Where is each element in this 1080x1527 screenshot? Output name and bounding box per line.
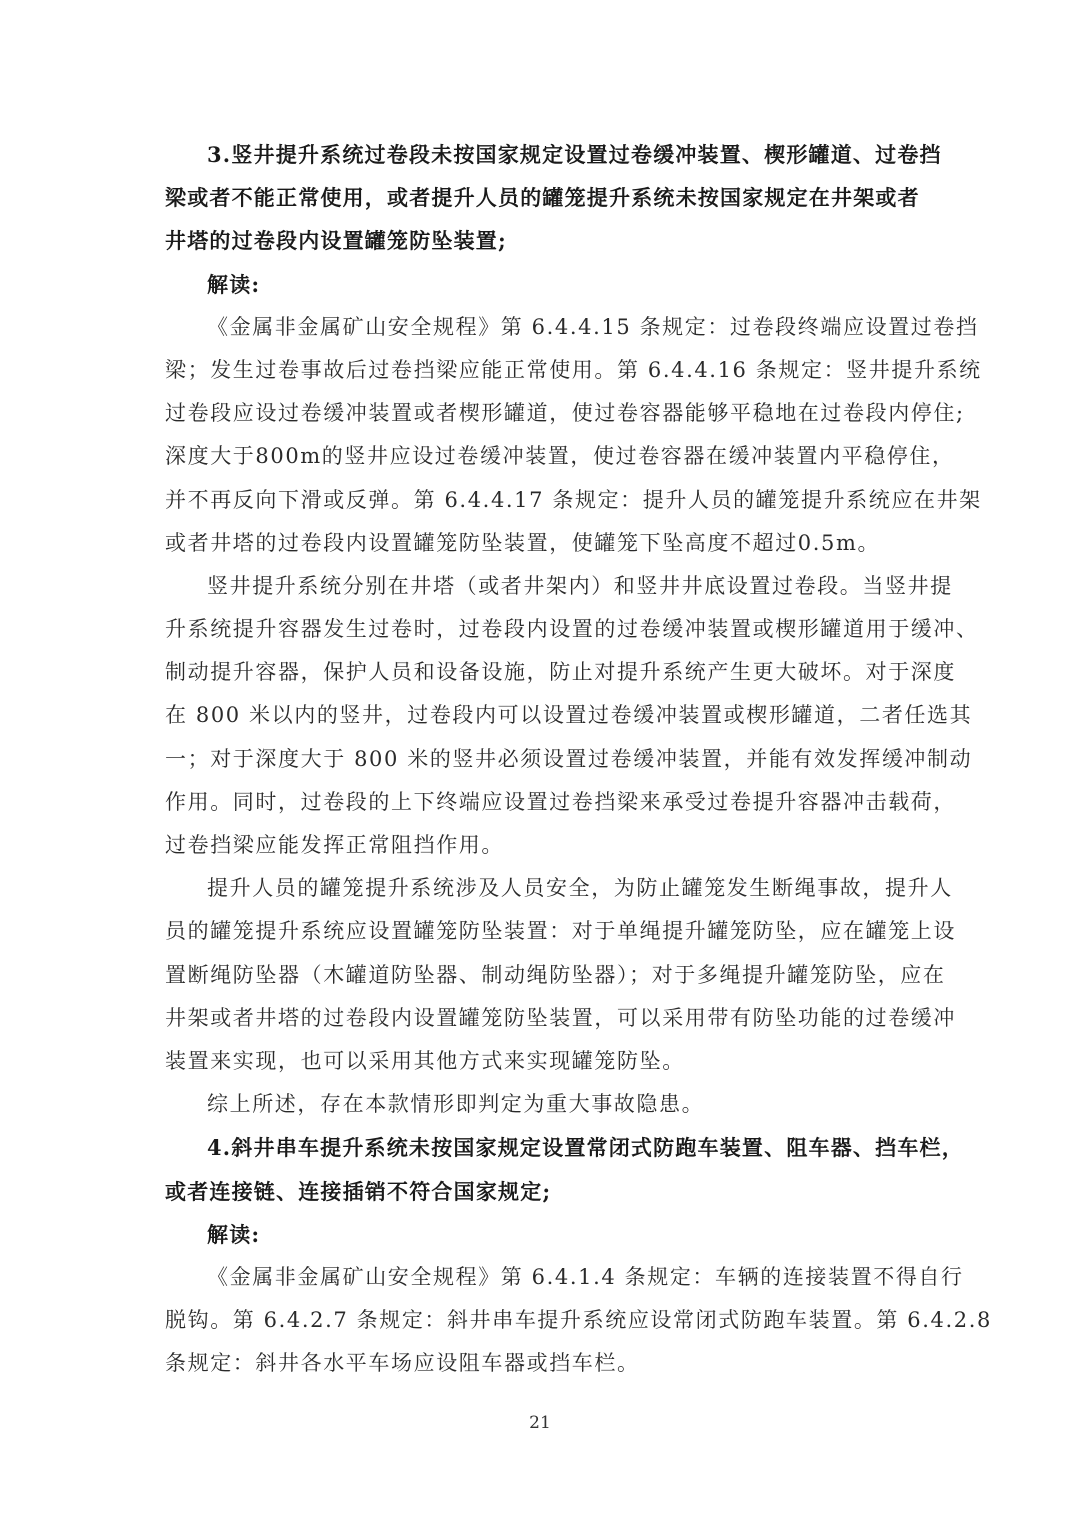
text-line: 置断绳防坠器（木罐道防坠器、制动绳防坠器）；对于多绳提升罐笼防坠，应在: [165, 954, 917, 997]
text-line: 《金属非金属矿山安全规程》第 6.4.1.4 条规定：车辆的连接装置不得自行: [165, 1256, 917, 1299]
text-line: 脱钩。第 6.4.2.7 条规定：斜井串车提升系统应设常闭式防跑车装置。第 6.…: [165, 1299, 917, 1342]
explanation-paragraph: 提升人员的罐笼提升系统涉及人员安全，为防止罐笼发生断绳事故，提升人 员的罐笼提升…: [165, 867, 917, 1083]
regulation-citation-paragraph: 《金属非金属矿山安全规程》第 6.4.1.4 条规定：车辆的连接装置不得自行 脱…: [165, 1256, 917, 1386]
text-line: 一；对于深度大于 800 米的竖井必须设置过卷缓冲装置，并能有效发挥缓冲制动: [165, 738, 917, 781]
text-line: 深度大于800m的竖井应设过卷缓冲装置，使过卷容器在缓冲装置内平稳停住，: [165, 435, 917, 478]
heading-line: 3.竖井提升系统过卷段未按国家规定设置过卷缓冲装置、楔形罐道、过卷挡: [165, 133, 917, 176]
heading-line: 梁或者不能正常使用，或者提升人员的罐笼提升系统未按国家规定在井架或者: [165, 176, 917, 219]
text-line: 过卷挡梁应能发挥正常阻挡作用。: [165, 824, 917, 867]
conclusion-paragraph: 综上所述，存在本款情形即判定为重大事故隐患。: [165, 1083, 917, 1126]
text-line: 制动提升容器，保护人员和设备设施，防止对提升系统产生更大破坏。对于深度: [165, 651, 917, 694]
text-line: 作用。同时，过卷段的上下终端应设置过卷挡梁来承受过卷提升容器冲击载荷，: [165, 781, 917, 824]
text-line: 装置来实现，也可以采用其他方式来实现罐笼防坠。: [165, 1040, 917, 1083]
text-line: 竖井提升系统分别在井塔（或者井架内）和竖井井底设置过卷段。当竖井提: [165, 565, 917, 608]
interpretation-label: 解读:: [165, 1213, 917, 1256]
text-line: 并不再反向下滑或反弹。第 6.4.4.17 条规定：提升人员的罐笼提升系统应在井…: [165, 479, 917, 522]
text-line: 条规定：斜井各水平车场应设阻车器或挡车栏。: [165, 1342, 917, 1385]
item-3-heading: 3.竖井提升系统过卷段未按国家规定设置过卷缓冲装置、楔形罐道、过卷挡 梁或者不能…: [165, 133, 917, 263]
heading-line: 或者连接链、连接插销不符合国家规定;: [165, 1170, 917, 1213]
text-line: 过卷段应设过卷缓冲装置或者楔形罐道，使过卷容器能够平稳地在过卷段内停住;: [165, 392, 917, 435]
document-page: 3.竖井提升系统过卷段未按国家规定设置过卷缓冲装置、楔形罐道、过卷挡 梁或者不能…: [165, 133, 917, 1385]
text-line: 井架或者井塔的过卷段内设置罐笼防坠装置，可以采用带有防坠功能的过卷缓冲: [165, 997, 917, 1040]
heading-line: 井塔的过卷段内设置罐笼防坠装置;: [165, 219, 917, 262]
interpretation-label: 解读:: [165, 263, 917, 306]
item-4-heading: 4.斜井串车提升系统未按国家规定设置常闭式防跑车装置、阻车器、挡车栏， 或者连接…: [165, 1126, 917, 1212]
explanation-paragraph: 竖井提升系统分别在井塔（或者井架内）和竖井井底设置过卷段。当竖井提 升系统提升容…: [165, 565, 917, 867]
page-number: 21: [0, 1413, 1080, 1433]
regulation-citation-paragraph: 《金属非金属矿山安全规程》第 6.4.4.15 条规定：过卷段终端应设置过卷挡 …: [165, 306, 917, 565]
text-line: 在 800 米以内的竖井，过卷段内可以设置过卷缓冲装置或楔形罐道，二者任选其: [165, 694, 917, 737]
text-line: 员的罐笼提升系统应设置罐笼防坠装置：对于单绳提升罐笼防坠，应在罐笼上设: [165, 910, 917, 953]
text-line: 或者井塔的过卷段内设置罐笼防坠装置，使罐笼下坠高度不超过0.5m。: [165, 522, 917, 565]
text-line: 升系统提升容器发生过卷时，过卷段内设置的过卷缓冲装置或楔形罐道用于缓冲、: [165, 608, 917, 651]
heading-line: 4.斜井串车提升系统未按国家规定设置常闭式防跑车装置、阻车器、挡车栏，: [165, 1126, 917, 1169]
text-line: 提升人员的罐笼提升系统涉及人员安全，为防止罐笼发生断绳事故，提升人: [165, 867, 917, 910]
text-line: 《金属非金属矿山安全规程》第 6.4.4.15 条规定：过卷段终端应设置过卷挡: [165, 306, 917, 349]
text-line: 梁；发生过卷事故后过卷挡梁应能正常使用。第 6.4.4.16 条规定：竖井提升系…: [165, 349, 917, 392]
